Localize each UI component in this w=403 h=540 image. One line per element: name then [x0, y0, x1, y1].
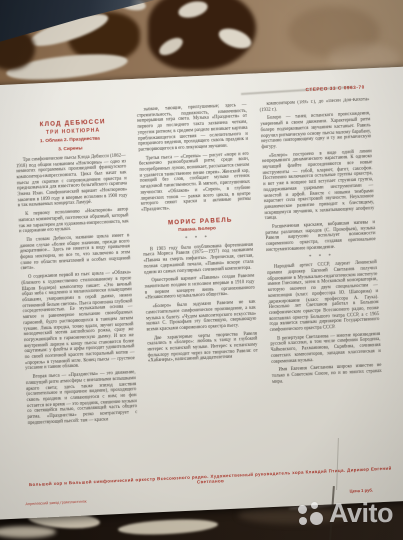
column-right: композитором (1895 г.), до «Песен Дон-Ки…: [259, 97, 383, 418]
paragraph: композитором (1895 г.), до «Песен Дон-Ки…: [259, 97, 369, 113]
paragraph: Третья пьеса — «Сирены» — рисует «море и…: [139, 151, 251, 213]
nocturnes-notes-continued: зыбкие, тающие, приглушенные; здесь — ст…: [137, 103, 252, 214]
record-sleeve-back-cover: СТЕРЕО 33 С 0963-70 КЛОД ДЕБЮССИ ТРИ НОК…: [0, 66, 403, 519]
paragraph: В 1903 году была опубликована фортепианн…: [143, 242, 254, 275]
paragraph: «Болеро» было задумано Равелем не как са…: [145, 300, 256, 333]
avito-watermark-text: Avito: [329, 498, 393, 528]
carpet-pattern-blob: [118, 517, 219, 536]
paragraph: В репертуаре Светланова — многие произве…: [270, 332, 381, 365]
paragraph: О содержании первой из пьес цикла — «Обл…: [21, 270, 135, 372]
paragraph: К первому исполнению «Ноктюрнов» автор н…: [18, 207, 129, 235]
carpet-pattern-blob: [0, 526, 56, 538]
svetlanov-bio-text: Народный артист СССР, лауреат Ленинской …: [267, 260, 382, 385]
paragraph: зыбкие, тающие, приглушенные; здесь — ст…: [137, 103, 249, 154]
paragraph: Расцвеченная красками, вобравшая напевы …: [265, 220, 376, 253]
price-label: Цена 1 руб.: [349, 487, 373, 493]
paragraph: Имя Евгения Светланова широко известно н…: [271, 363, 382, 385]
paragraph: Народный артист СССР, лауреат Ленинской …: [267, 260, 380, 333]
photo-scene: СТЕРЕО 33 С 0963-70 КЛОД ДЕБЮССИ ТРИ НОК…: [0, 0, 403, 540]
paragraph: «Болеро» построено в виде одной линии не…: [262, 149, 375, 222]
paragraph: По словам Дебюсси, название цикла имеет …: [19, 233, 130, 272]
ravel-header-block: МОРИС РАВЕЛЬ Павана. Болеро * * *: [142, 216, 253, 244]
avito-watermark: Avito: [298, 498, 393, 530]
paragraph: Вторая пьеса — «Празднества» — это движе…: [26, 370, 138, 426]
column-middle: зыбкие, тающие, приглушенные; здесь — ст…: [137, 103, 261, 424]
paragraph: Три симфонические пьесы Клода Дебюсси (1…: [16, 153, 128, 209]
paragraph: Две характерные черты творчества Равеля …: [147, 331, 258, 364]
paragraph: Оркестровый вариант «Паваны» создан Раве…: [144, 274, 255, 302]
debussy-notes-text: Три симфонические пьесы Клода Дебюсси (1…: [16, 153, 138, 426]
text-columns: КЛОД ДЕБЮССИ ТРИ НОКТЮРНА 1. Облака 2. П…: [14, 97, 384, 429]
liner-notes: СТЕРЕО 33 С 0963-70 КЛОД ДЕБЮССИ ТРИ НОК…: [0, 66, 403, 519]
avito-logo-icon: [298, 502, 325, 530]
paragraph: Болеро — танец испанского происхождения,…: [260, 112, 371, 151]
column-left: КЛОД ДЕБЮССИ ТРИ НОКТЮРНА 1. Облака 2. П…: [14, 108, 138, 429]
bolero-notes-text: композитором (1895 г.), до «Песен Дон-Ки…: [259, 97, 376, 253]
ravel-notes-text: В 1903 году была опубликована фортепианн…: [143, 242, 258, 364]
